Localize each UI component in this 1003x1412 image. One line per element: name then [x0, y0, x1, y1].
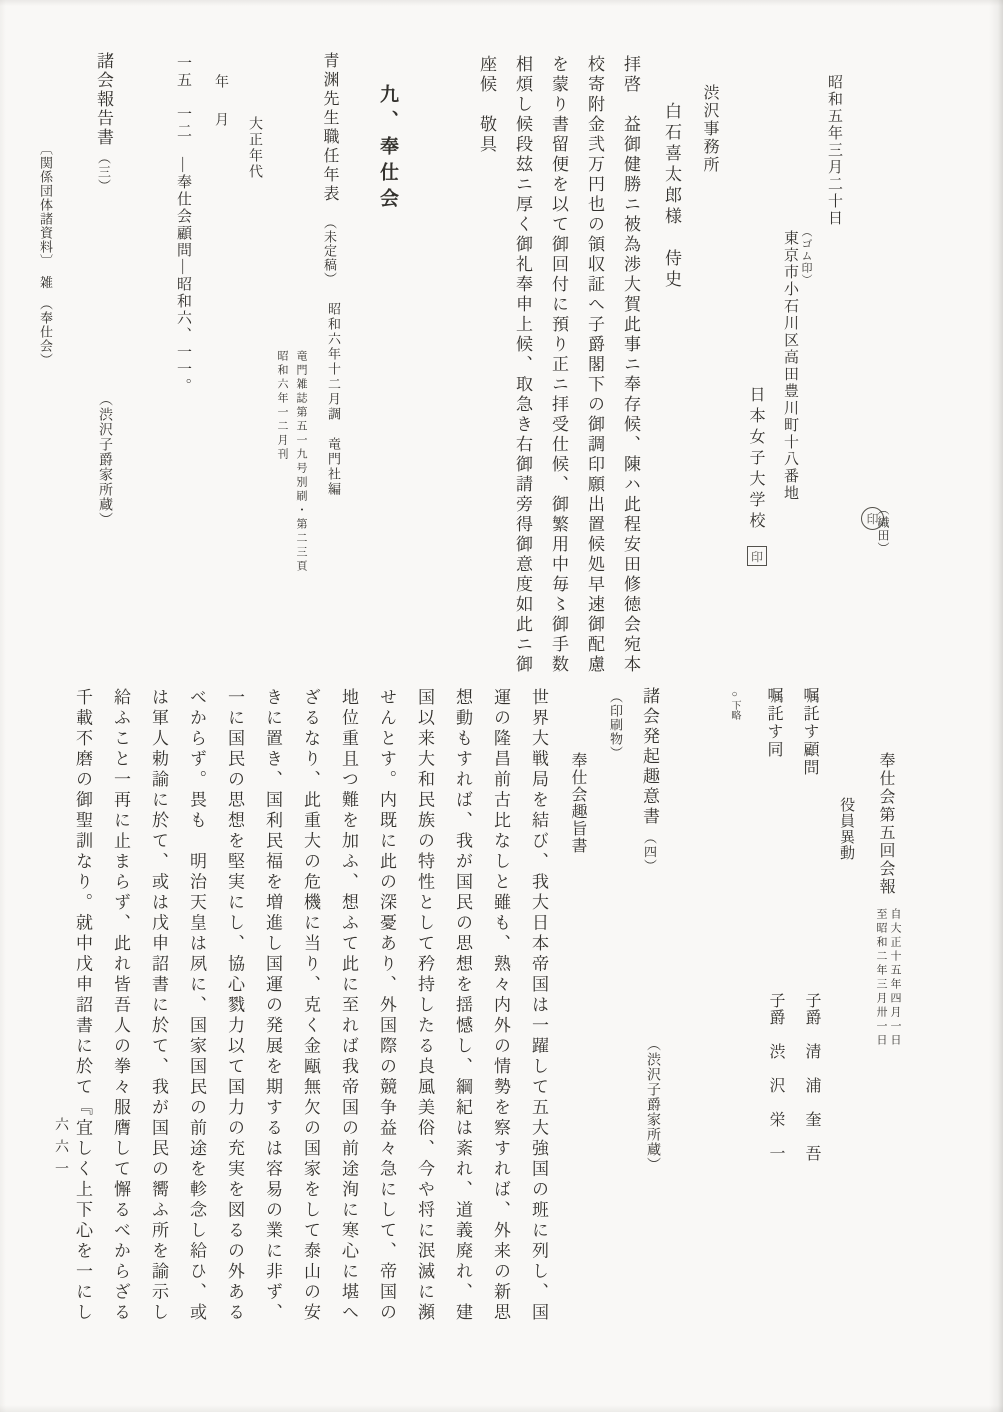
source-note-1: 竜門雑誌第五一九号別刷・第二三頁 [295, 350, 306, 574]
chronology-entry-line: 一五 一二 ―奉仕会顧問―昭和六、一一。 [175, 55, 190, 395]
omission-note: ○下略 [729, 689, 739, 720]
report-title-column: 諸会報告書（三） [95, 52, 112, 193]
prospectus-title-column: 諸会発起趣意書（四） [641, 687, 658, 873]
prospectus-source: （渋沢子爵家所蔵） [645, 1037, 659, 1172]
chronology-title-column: 青渊先生職任年表（未定稿） [321, 52, 337, 286]
page-number: 六六一 [53, 1117, 67, 1183]
report-title: 諸会報告書 [94, 52, 113, 147]
letter-line: 拝啓 益御健勝ニ被為渉大賀此事ニ奉存候、陳ハ此程安田修徳会宛本 [622, 55, 639, 675]
prospectus-number: （四） [642, 831, 657, 873]
report-source: （渋沢子爵家所蔵） [97, 392, 111, 527]
body-line: 一に国民の思想を堅実にし、協心戮力以て国力の充実を図るの外ある [226, 688, 243, 1324]
oda-seal-label: （織田） [877, 503, 889, 555]
bulletin-title: 奉仕会第五回会報 [877, 752, 893, 896]
body-line: 国以来大和民族の特性として矜持したる良風美俗、今や将に泯滅に瀕 [416, 688, 433, 1324]
body-line: 千載不磨の御聖訓なり。就中戊申詔書に於て『宜しく上下心を一にし [74, 688, 91, 1324]
letter-closing: 座候 敬具 [478, 55, 495, 155]
scanned-document-page: 昭和五年三月二十日 （ゴム印） 東京市小石川区高田豊川町十八番地 日本女子大学校… [0, 0, 1003, 1412]
bulletin-period-from: 自大正十五年四月一日 [889, 908, 900, 1048]
sender-school: 日本女子大学校 [747, 386, 763, 533]
letter-line: を蒙り書留便を以て御回付に預り正ニ拝受仕候、御繁用中毎〻御手数 [550, 55, 567, 675]
month-column-label: 月 [213, 112, 227, 129]
letter-line: 校寄附金弐万円也の領収証へ子爵閣下の御調印願出置候処早速御配慮 [586, 55, 603, 675]
rubber-stamp-note: （ゴム印） [800, 226, 811, 286]
body-line: 想動もすれば、我が国民の思想を揺憾し、綱紀は紊れ、道義廃れ、建 [454, 688, 471, 1324]
body-line: きに置き、国利民福を増進し国運の発展を期するは容易の業に非ず、 [264, 688, 281, 1324]
body-line: は軍人勅諭に於て、或は戊申詔書に於て、我が国民の嚮ふ所を諭示し [150, 688, 167, 1324]
officer-name: 子爵 渋 沢 栄 一 [767, 992, 783, 1162]
officer-role: 嘱託す顧問 [801, 687, 817, 777]
body-line: べからず。畏も 明治天皇は夙に、国家国民の前途を軫念し給ひ、或 [188, 688, 205, 1324]
era-label: 大正年代 [247, 116, 261, 180]
chronology-title: 青渊先生職任年表 [321, 52, 338, 204]
body-line: 運の隆昌前古比なしと雖も、熟々内外の情勢を察すれば、外来の新思 [492, 688, 509, 1324]
chronology-subtitle: 昭和六年十二月調 竜門社編 [327, 302, 340, 497]
school-seal-icon: 印 [747, 546, 767, 566]
source-note-2: 昭和六年一二月刊 [276, 350, 287, 462]
year-column-label: 年 [213, 74, 227, 91]
sender-address: 東京市小石川区高田豊川町十八番地 [782, 230, 797, 502]
office-name: 渋沢事務所 [701, 84, 717, 174]
body-line: 世界大戦局を結び、我大日本帝国は一躍して五大強国の班に列し、国 [530, 688, 547, 1324]
margin-classification-label: 〔関係団体諸資料〕 雑 （奉仕会） [39, 142, 52, 367]
statement-heading: 奉仕会趣旨書 [569, 752, 585, 854]
body-line: せんとす。内既に此の深憂あり、外国際の競争益々急にして、帝国の [378, 688, 395, 1324]
officer-role: 嘱託す同 [765, 687, 781, 759]
body-line: 地位重且つ難を加ふ、想ふて此に至れば我帝国の前途洵に寒心に堪へ [340, 688, 357, 1324]
report-number: （三） [96, 151, 111, 193]
letter-line: 相煩し候段玆ニ厚く御礼奉申上候、取急き右御請旁得御意度如此ニ御 [514, 55, 531, 675]
bulletin-period-to: 至昭和二年三月卅一日 [875, 908, 886, 1048]
letter-date: 昭和五年三月二十日 [826, 74, 841, 227]
letter-recipient: 白石喜太郎様 侍史 [663, 102, 680, 291]
body-line: ざるなり、此重大の危機に当り、克く金甌無欠の国家をして泰山の安 [302, 688, 319, 1324]
prospectus-title: 諸会発起趣意書 [640, 687, 659, 827]
officer-name: 子爵 清 浦 奎 吾 [803, 992, 819, 1162]
section-heading: 九、奉仕会 [378, 84, 397, 214]
printed-note: （印刷物） [609, 690, 622, 760]
officers-heading: 役員異動 [838, 797, 853, 861]
chronology-note: （未定稿） [322, 216, 337, 286]
body-line: 給ふこと一再に止まらず、此れ皆吾人の拳々服膺して懈るべからざる [112, 688, 129, 1324]
